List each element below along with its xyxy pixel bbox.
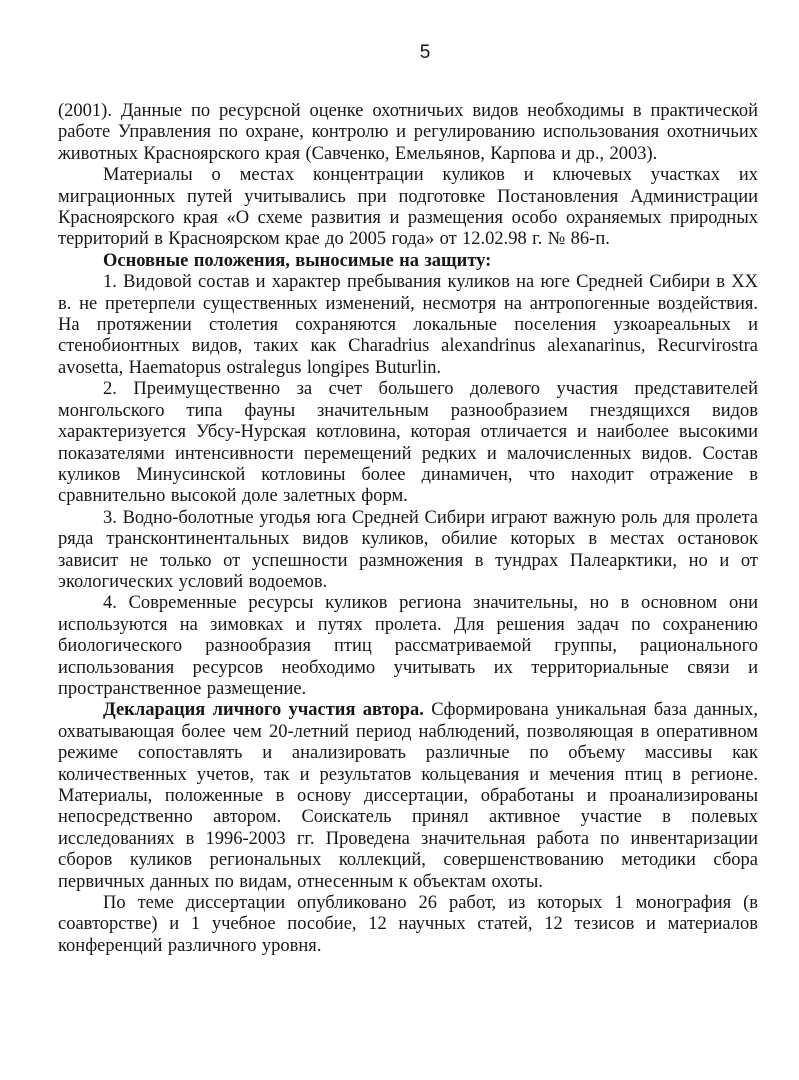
paragraph-migration-materials: Материалы о местах концентрации куликов … xyxy=(58,165,758,251)
page-number: 5 xyxy=(58,42,758,63)
thesis-item-2: 2. Преимущественно за счет большего доле… xyxy=(58,379,758,507)
thesis-item-1: 1. Видовой состав и характер пребывания … xyxy=(58,272,758,379)
thesis-item-4: 4. Современные ресурсы куликов региона з… xyxy=(58,593,758,700)
document-page: 5 (2001). Данные по ресурсной оценке охо… xyxy=(0,0,799,1080)
paragraph-publications-summary: По теме диссертации опубликовано 26 рабо… xyxy=(58,893,758,957)
paragraph-author-declaration: Декларация личного участия автора. Сформ… xyxy=(58,700,758,893)
paragraph-resource-assessment: (2001). Данные по ресурсной оценке охотн… xyxy=(58,101,758,165)
section-heading-defended-provisions: Основные положения, выносимые на защиту: xyxy=(58,251,758,272)
declaration-text: Сформирована уникальная база данных, охв… xyxy=(58,700,758,891)
declaration-lead: Декларация личного участия автора. xyxy=(103,700,424,720)
text-block: (2001). Данные по ресурсной оценке охотн… xyxy=(58,101,758,957)
thesis-item-3: 3. Водно-болотные угодья юга Средней Сиб… xyxy=(58,508,758,594)
